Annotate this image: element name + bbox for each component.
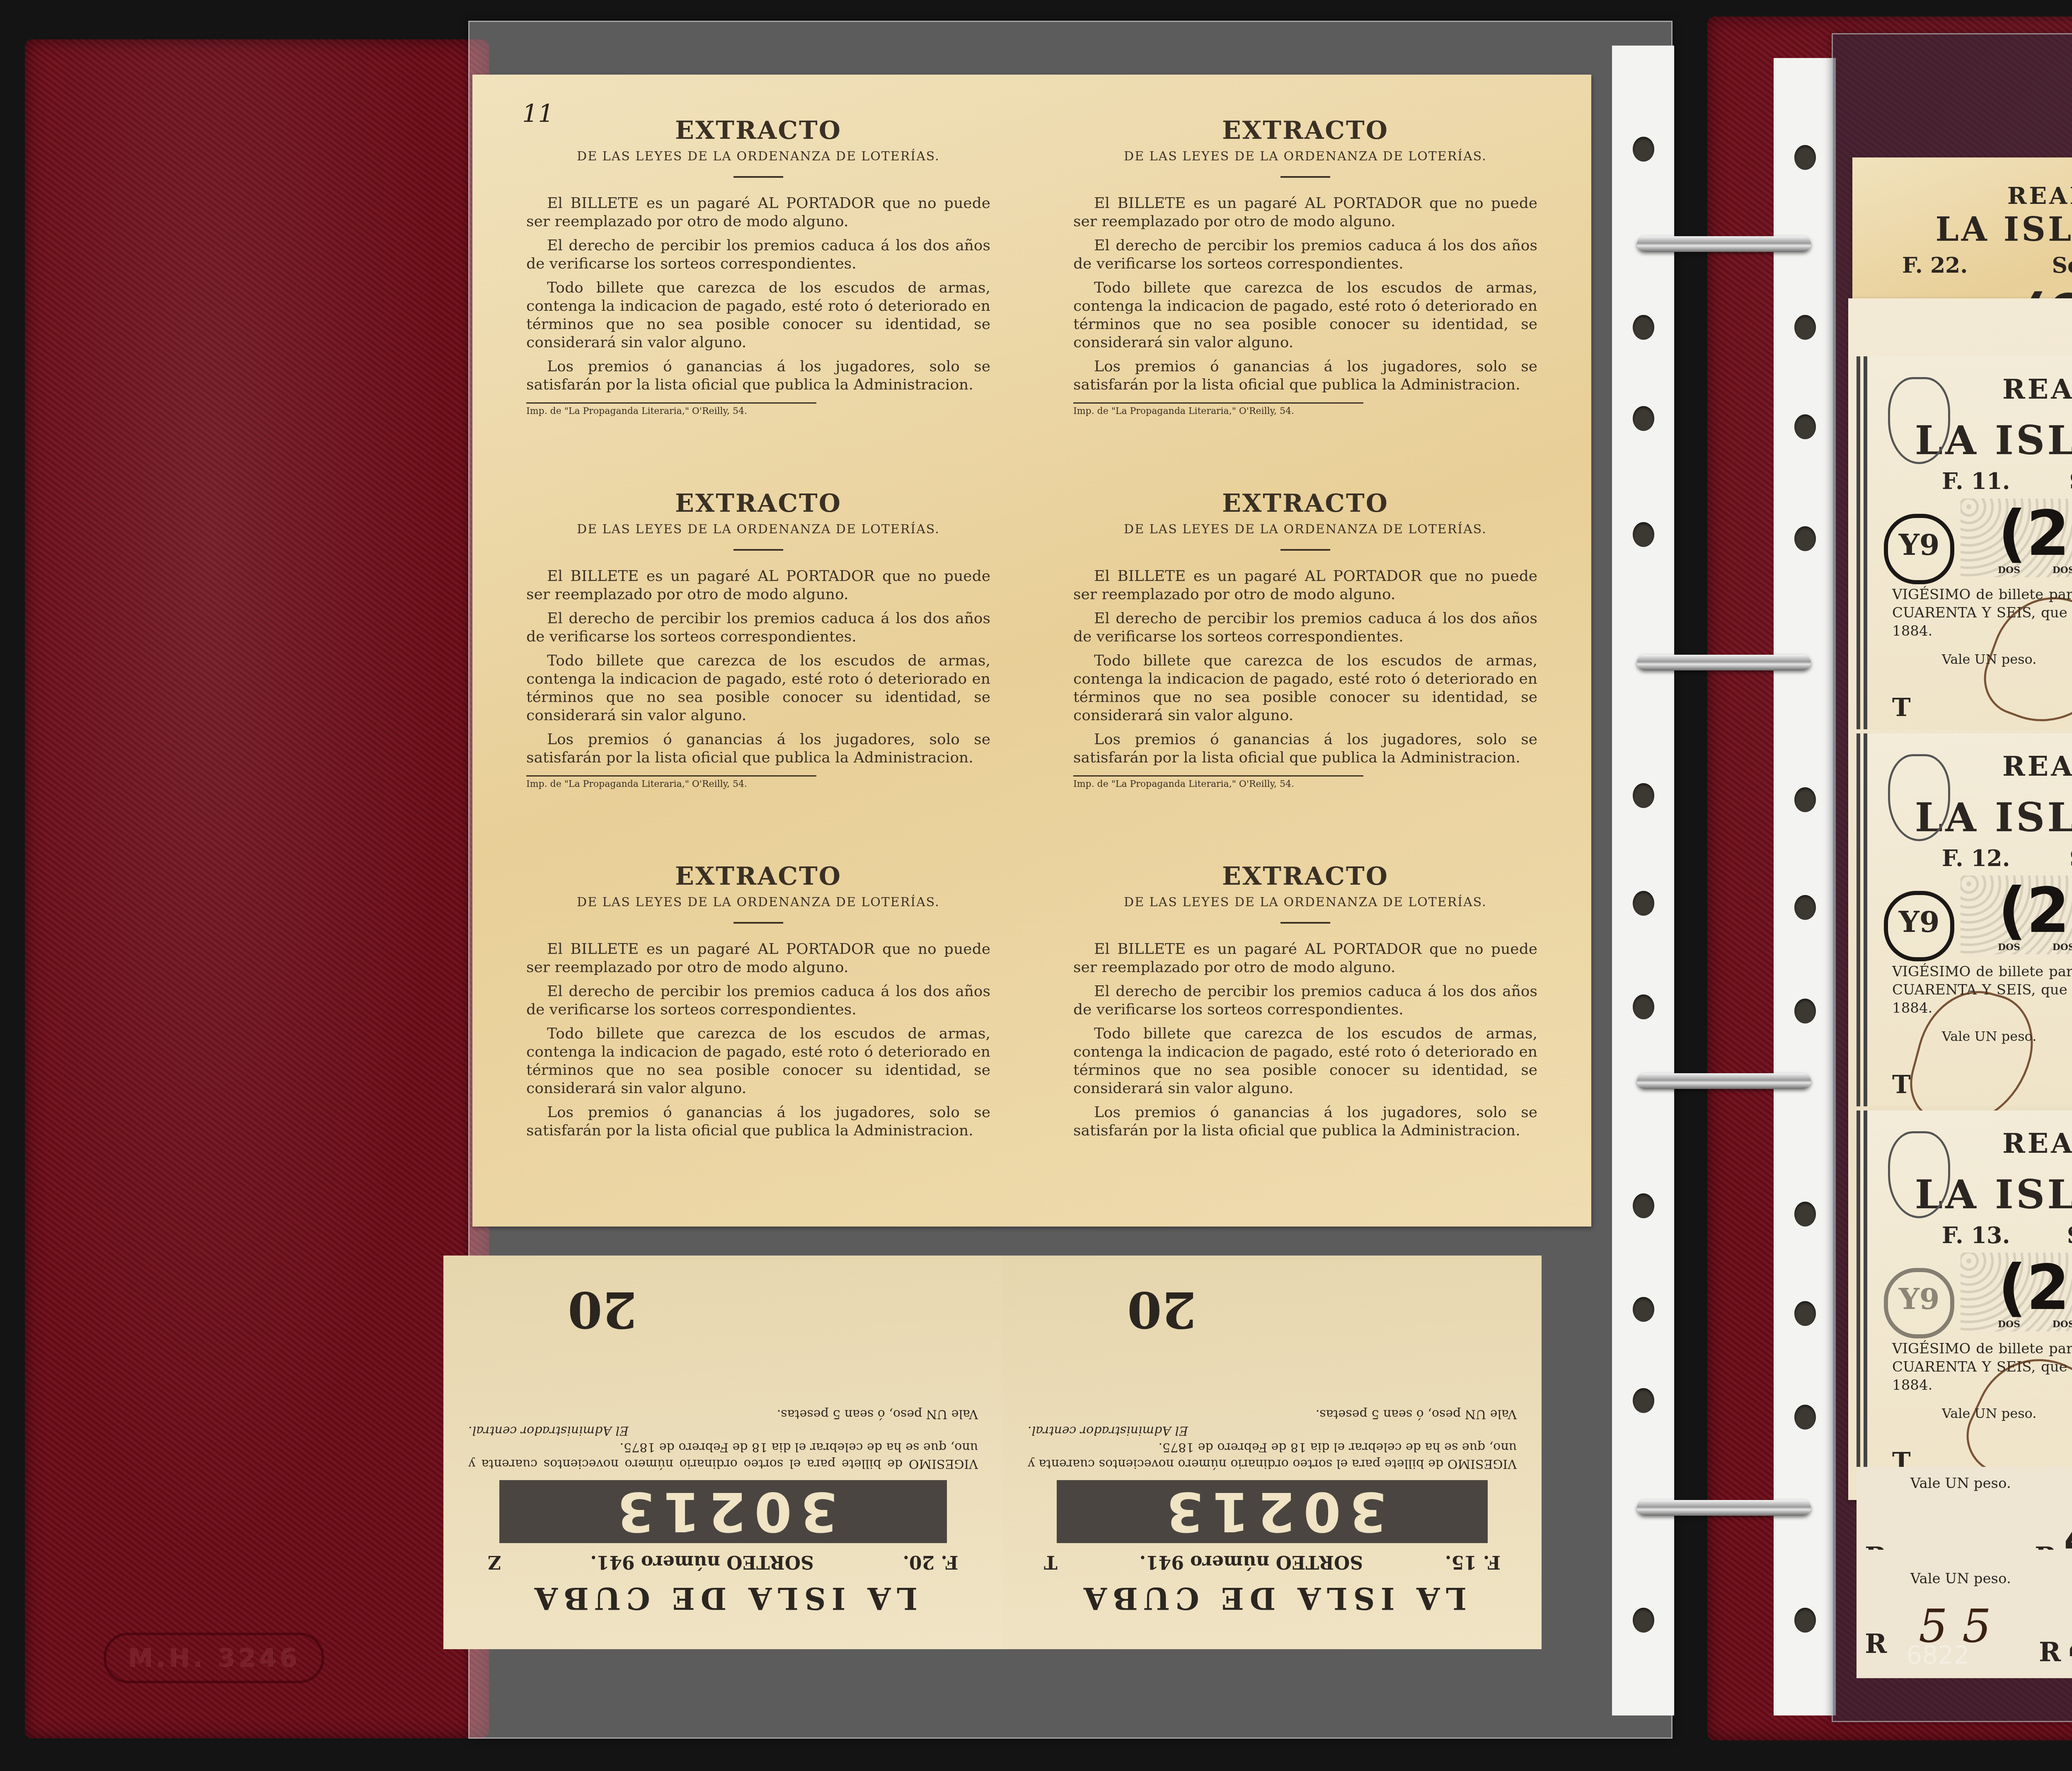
extracto-p3: Todo billete que carezca de los escudos … [526, 1025, 990, 1098]
ticket-value: 20 [568, 1280, 637, 1339]
extracto-p1: El BILLETE es un pagaré AL PORTADOR que … [1073, 567, 1537, 604]
extracto-p1: El BILLETE es un pagaré AL PORTADOR que … [1073, 940, 1537, 977]
extracto-p3: Todo billete que carezca de los escudos … [1073, 652, 1537, 725]
stub-vale: Vale UN peso. [1910, 1475, 2011, 1492]
ticket-number-box: (22684) DOSDOSSEISOCHOCUATRO [1961, 498, 2072, 577]
ticket-vale: Vale UN peso, ó sean 5 pesetas. [468, 1406, 978, 1422]
extracto-p2: El derecho de percibir los premios caduc… [526, 237, 990, 273]
ticket-f12: REAL LOTERIA DE LA ISLA DE CUBA F. 12.So… [1857, 733, 2072, 1106]
ticket-title-line2: LA ISLA DE CUBA [1852, 210, 2072, 249]
extracto-panel: EXTRACTO DE LAS LEYES DE LA ORDENANZA DE… [489, 464, 1028, 829]
ticket-number: (22684) [1961, 498, 2072, 569]
extracto-title: EXTRACTO [489, 116, 1028, 145]
extracto-p2: El derecho de percibir los premios caduc… [1073, 237, 1537, 273]
stamp-y9: Y9 [1884, 891, 1954, 961]
ticket-number: 30213 [1057, 1480, 1488, 1543]
extracto-imprint: Imp. de "La Propaganda Literaria," O'Rei… [526, 775, 816, 789]
ticket-sorteo-line: F. 12.Sorteo núm. 1146.F [1867, 845, 2072, 871]
extracto-p3: Todo billete que carezca de los escudos … [1073, 1025, 1537, 1098]
ticket-number: (22684) [1961, 1253, 2072, 1323]
extracto-imprint: Imp. de "La Propaganda Literaria," O'Rei… [1073, 775, 1363, 789]
ticket-sorteo-line: F. 11.Sorteo núm. 1146.Z [1867, 468, 2072, 494]
extracto-p3: Todo billete que carezca de los escudos … [1073, 279, 1537, 352]
ticket-title-line1: REAL LOTERIA [1852, 182, 2072, 210]
ticket-f11: REAL LOTERIA DE LA ISLA DE CUBA F. 11.So… [1857, 356, 2072, 729]
extracto-subtitle: DE LAS LEYES DE LA ORDENANZA DE LOTERÍAS… [1036, 895, 1575, 910]
binder-ring [1637, 1073, 1811, 1089]
extracto-title: EXTRACTO [1036, 489, 1575, 518]
ticket-admin: El Administrador central. [1028, 1422, 1517, 1439]
number-words: DOSDOSSEISOCHOCUATRO [1998, 565, 2072, 576]
ticket-folio: F. 22. [1902, 253, 1968, 278]
ticket-number: 30213 [499, 1480, 947, 1543]
royal-crest-icon [1888, 754, 1950, 841]
ticket-folio: F. 15. [1445, 1551, 1501, 1573]
stub-vale: Vale UN peso. [1910, 1570, 2011, 1587]
extracto-p4: Los premios ó ganancias á los jugadores,… [526, 358, 990, 394]
ticket-folio: F. 20. [903, 1551, 959, 1573]
extracto-p4: Los premios ó ganancias á los jugadores,… [1073, 358, 1537, 394]
divider [733, 176, 783, 178]
ticket-header: LA ISLA DE CUBA [443, 1581, 1003, 1616]
ticket-sorteo: SORTEO número 941. [1140, 1551, 1363, 1573]
stub-series: R [2039, 1637, 2061, 1668]
stub-value: 40 [2068, 1620, 2072, 1673]
extracto-panel: EXTRACTO DE LAS LEYES DE LA ORDENANZA DE… [1036, 837, 1575, 1202]
extracto-imprint: Imp. de "La Propaganda Literaria," O'Rei… [1073, 402, 1363, 416]
extracto-panel: EXTRACTO DE LAS LEYES DE LA ORDENANZA DE… [1036, 91, 1575, 456]
extracto-subtitle: DE LAS LEYES DE LA ORDENANZA DE LOTERÍAS… [489, 895, 1028, 910]
binder-ring [1637, 236, 1811, 252]
extracto-p2: El derecho de percibir los premios caduc… [526, 982, 990, 1019]
divider [733, 922, 783, 924]
album-cover-left [25, 39, 489, 1738]
ticket-admin: El Administrador central. [468, 1422, 978, 1439]
stamp-y9: Y9 [1884, 514, 1954, 584]
ticket-sorteo: SORTEO número 941. [590, 1551, 813, 1573]
extracto-subtitle: DE LAS LEYES DE LA ORDENANZA DE LOTERÍAS… [1036, 522, 1575, 537]
ticket-sorteo-line: F. 13.Sorteo núm. 1146.H [1867, 1222, 2072, 1248]
extracto-p1: El BILLETE es un pagaré AL PORTADOR que … [526, 194, 990, 231]
extracto-p4: Los premios ó ganancias á los jugadores,… [526, 731, 990, 767]
extracto-p3: Todo billete que carezca de los escudos … [526, 652, 990, 725]
ticket-body: VIGESIMO de billete para el sorteo ordin… [468, 1439, 978, 1472]
ticket-sorteo: Sorteo núm. 1146. [2070, 845, 2072, 871]
ticket-folio: F. 11. [1942, 468, 2010, 494]
ticket-number: (22684) [1961, 876, 2072, 946]
extracto-p1: El BILLETE es un pagaré AL PORTADOR que … [1073, 194, 1537, 231]
ticket-sorteo-line: F. 20. SORTEO número 941. Z [443, 1551, 1003, 1573]
extracto-panel: EXTRACTO DE LAS LEYES DE LA ORDENANZA DE… [489, 837, 1028, 1202]
divider [733, 549, 783, 551]
extracto-subtitle: DE LAS LEYES DE LA ORDENANZA DE LOTERÍAS… [489, 522, 1028, 537]
divider [1280, 922, 1330, 924]
extracto-imprint: Imp. de "La Propaganda Literaria," O'Rei… [526, 402, 816, 416]
ticket-f13: REAL LOTERIA DE LA ISLA DE CUBA F. 13.So… [1857, 1111, 2072, 1483]
flipped-ticket-f15: LA ISLA DE CUBA F. 15. SORTEO número 941… [1003, 1256, 1542, 1649]
extracto-p4: Los premios ó ganancias á los jugadores,… [1073, 1103, 1537, 1140]
extracto-panel: EXTRACTO DE LAS LEYES DE LA ORDENANZA DE… [1036, 464, 1575, 829]
ticket-sorteo-line: F. 15. SORTEO número 941. T [1003, 1551, 1542, 1573]
extracto-title: EXTRACTO [1036, 116, 1575, 145]
extracto-subtitle: DE LAS LEYES DE LA ORDENANZA DE LOTERÍAS… [1036, 149, 1575, 164]
cover-emboss: M.H. 3246 [104, 1633, 324, 1683]
extracto-sheet: EXTRACTO DE LAS LEYES DE LA ORDENANZA DE… [472, 75, 1591, 1227]
handwritten-mark: 11 [522, 99, 554, 128]
royal-crest-icon [1888, 1131, 1950, 1218]
extracto-p2: El derecho de percibir los premios caduc… [1073, 982, 1537, 1019]
ticket-value: 20 [1127, 1280, 1196, 1339]
number-words: DOSDOSSEISOCHOCUATRO [1998, 942, 2072, 953]
right-punch-strip [1774, 58, 1836, 1715]
flipped-ticket-f20: LA ISLA DE CUBA F. 20. SORTEO número 941… [443, 1256, 1003, 1649]
ticket-body: VIGESIMO de billete para el sorteo ordin… [1028, 1439, 1517, 1472]
extracto-subtitle: DE LAS LEYES DE LA ORDENANZA DE LOTERÍAS… [489, 149, 1028, 164]
ticket-sorteo: Sorteo núm. 1146. [2070, 468, 2072, 494]
ticket-vale: Vale UN peso, ó sean 5 pesetas. [1028, 1406, 1517, 1422]
extracto-title: EXTRACTO [1036, 862, 1575, 891]
ticket-letter: T [1044, 1551, 1058, 1573]
divider [1280, 549, 1330, 551]
divider [1280, 176, 1330, 178]
extracto-p2: El derecho de percibir los premios caduc… [526, 610, 990, 646]
ticket-number-box: (22684) DOSDOSSEISOCHOCUATRO [1961, 1253, 2072, 1331]
binder-ring [1637, 655, 1811, 670]
extracto-p4: Los premios ó ganancias á los jugadores,… [526, 1103, 990, 1140]
royal-crest-icon [1888, 377, 1950, 464]
ticket-letter: Z [488, 1551, 501, 1573]
ticket-folio: F. 13. [1942, 1222, 2010, 1248]
extracto-p2: El derecho de percibir los premios caduc… [1073, 610, 1537, 646]
number-words: DOSDOSSEISOCHOCUATRO [1998, 1319, 2072, 1330]
ticket-sorteo-line: F. 22. Sorteo Núm. 1128 G [1852, 253, 2072, 278]
ticket-number-box: (22684) DOSDOSSEISOCHOCUATRO [1961, 876, 2072, 954]
stamp-y9: Y9 [1884, 1268, 1954, 1338]
extracto-title: EXTRACTO [489, 489, 1028, 518]
ticket-sorteo: Sorteo Núm. 1128 [2052, 253, 2072, 278]
extracto-p3: Todo billete que carezca de los escudos … [526, 279, 990, 352]
extracto-p1: El BILLETE es un pagaré AL PORTADOR que … [526, 940, 990, 977]
ticket-sorteo: Sorteo núm. 1146. [2067, 1222, 2072, 1248]
sleeve-mark: 6822 [1906, 1641, 1970, 1670]
ticket-header: LA ISLA DE CUBA [1003, 1581, 1542, 1616]
extracto-p1: El BILLETE es un pagaré AL PORTADOR que … [526, 567, 990, 604]
extracto-p4: Los premios ó ganancias á los jugadores,… [1073, 731, 1537, 767]
left-punch-strip [1612, 46, 1674, 1715]
extracto-title: EXTRACTO [489, 862, 1028, 891]
binder-ring [1637, 1500, 1811, 1516]
extracto-panel: EXTRACTO DE LAS LEYES DE LA ORDENANZA DE… [489, 91, 1028, 456]
ticket-folio: F. 12. [1942, 845, 2010, 871]
stub-series: R [1865, 1628, 1887, 1660]
